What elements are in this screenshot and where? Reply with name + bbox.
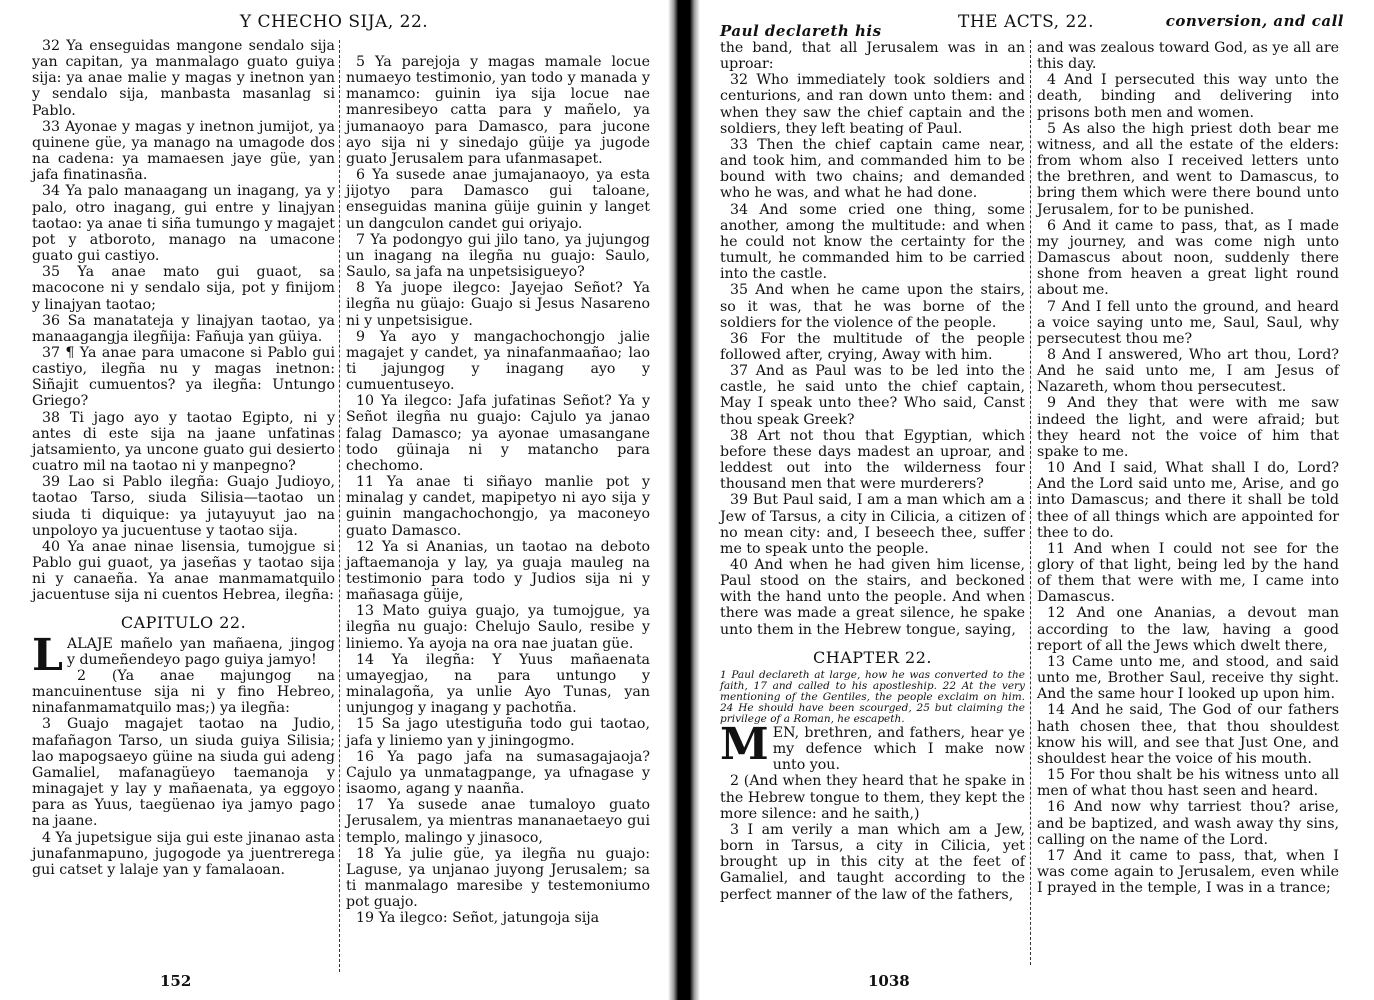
right-page: Paul declareth his THE ACTS, 22. convers… — [700, 0, 1374, 1000]
verse: 36 For the multitude of the people follo… — [720, 331, 1025, 363]
verse: 32 Who immediately took soldiers and cen… — [720, 72, 1025, 137]
left-page: Y CHECHO SIJA, 22. 32 Ya enseguidas mang… — [0, 0, 668, 1000]
running-head-left: Paul declareth his — [720, 22, 882, 40]
chapter-heading: CAPITULO 22. — [32, 615, 335, 631]
verse: 16 And now why tarriest thou? arise, and… — [1037, 799, 1339, 847]
verse: 40 And when he had given him license, Pa… — [720, 557, 1025, 638]
verse: 11 Ya anae ti siñayo manlie pot y minala… — [346, 474, 650, 539]
verse: 33 Ayonae y magas y inetnon jumijot, ya … — [32, 119, 335, 184]
running-head-right: conversion, and call — [1166, 12, 1344, 30]
continuation-text: the band, that all Jerusalem was in an u… — [720, 40, 1025, 72]
verse: 11 And when I could not see for the glor… — [1037, 541, 1339, 606]
verse: 32 Ya enseguidas mangone sendalo sija ya… — [32, 38, 335, 119]
verse: 39 But Paul said, I am a man which am a … — [720, 492, 1025, 557]
verse: 12 And one Ananias, a devout man accordi… — [1037, 605, 1339, 653]
verse: 34 Ya palo manaagang un inagang, ya y pa… — [32, 183, 335, 264]
verse: 16 Ya pago jafa na sumasagajaoja? Cajulo… — [346, 749, 650, 797]
verse: 13 Came unto me, and stood, and said unt… — [1037, 654, 1339, 702]
verse: 10 Ya ilegco: Jafa jufatinas Señot? Ya y… — [346, 393, 650, 474]
verse: 33 Then the chief captain came near, and… — [720, 137, 1025, 202]
page-number: 1038 — [868, 972, 910, 990]
verse: 5 Ya parejoja y magas mamale locue numae… — [346, 54, 650, 167]
verse: 15 Sa jago utestiguña todo gui taotao, j… — [346, 716, 650, 748]
verse: 6 And it came to pass, that, as I made m… — [1037, 218, 1339, 299]
column-divider — [339, 40, 340, 972]
verse: 6 Ya susede anae jumajanaoyo, ya esta ji… — [346, 167, 650, 232]
opening-text: EN, brethren, and fathers, hear ye my de… — [773, 725, 1025, 773]
running-head: Y CHECHO SIJA, 22. — [0, 12, 668, 32]
verses-block: 4 And I persecuted this way unto the dea… — [1037, 72, 1339, 896]
verse: 14 Ya ilegña: Y Yuus mañaenata umayegjao… — [346, 652, 650, 717]
verse: 7 Ya podongyo gui jilo tano, ya jujungog… — [346, 232, 650, 280]
verse: 5 As also the high priest doth bear me w… — [1037, 121, 1339, 218]
verse: 7 And I fell unto the ground, and heard … — [1037, 299, 1339, 347]
verse: 34 And some cried one thing, some anothe… — [720, 202, 1025, 283]
verses-block: 32 Who immediately took soldiers and cen… — [720, 72, 1025, 637]
verse: 10 And I said, What shall I do, Lord? An… — [1037, 460, 1339, 541]
verse: 37 ¶ Ya anae para umacone si Pablo gui c… — [32, 345, 335, 410]
book-gutter — [668, 0, 700, 1000]
verse: 8 Ya juope ilegco: Jayejao Señot? Ya ile… — [346, 280, 650, 328]
verse: 40 Ya anae ninae lisensia, tumojgue si P… — [32, 539, 335, 604]
verses-block: 5 Ya parejoja y magas mamale locue numae… — [346, 54, 650, 926]
page-number: 152 — [160, 972, 191, 990]
column-divider — [1030, 40, 1031, 965]
opening-text: ALAJE mañelo yan mañaena, jingog y dumeñ… — [67, 636, 335, 668]
right-page-column-2: and was zealous toward God, as ye all ar… — [1037, 40, 1339, 896]
chapter-opening: M EN, brethren, and fathers, hear ye my … — [720, 725, 1025, 773]
verse: 9 And they that were with me saw indeed … — [1037, 395, 1339, 460]
verse: 35 Ya anae mato gui guaot, sa macocone n… — [32, 264, 335, 312]
verse: 17 Ya susede anae tumaloyo guato Jerusal… — [346, 797, 650, 845]
verse: 39 Lao si Pablo ilegña: Guajo Judioyo, t… — [32, 474, 335, 539]
verse: 38 Art not thou that Egyptian, which bef… — [720, 428, 1025, 493]
verse: 35 And when he came upon the stairs, so … — [720, 282, 1025, 330]
verse: 36 Sa manatateja y linajyan taotao, ya m… — [32, 313, 335, 345]
verse: 3 Guajo magajet taotao na Judio, mafañag… — [32, 716, 335, 829]
verses-block: 2 (And when they heard that he spake in … — [720, 773, 1025, 902]
drop-cap: L — [32, 638, 63, 674]
verses-block: 32 Ya enseguidas mangone sendalo sija ya… — [32, 38, 335, 603]
verse: 4 And I persecuted this way unto the dea… — [1037, 72, 1339, 120]
verse: 2 (And when they heard that he spake in … — [720, 773, 1025, 821]
chapter-summary: 1 Paul declareth at large, how he was co… — [720, 670, 1025, 725]
verse: 13 Mato guiya guajo, ya tumojgue, ya ile… — [346, 603, 650, 651]
verse: 12 Ya si Ananias, un taotao na deboto ja… — [346, 539, 650, 604]
verse: 9 Ya ayo y mangachochongjo jalie magajet… — [346, 329, 650, 394]
verse: 38 Ti jago ayo y taotao Egipto, ni y ant… — [32, 410, 335, 475]
verse: 4 Ya jupetsigue sija gui este jinanao as… — [32, 830, 335, 878]
left-page-column-2: 5 Ya parejoja y magas mamale locue numae… — [346, 54, 650, 926]
chapter-heading: CHAPTER 22. — [720, 650, 1025, 666]
running-head-center: THE ACTS, 22. — [958, 12, 1094, 32]
verses-block: 2 (Ya anae majungog na mancuinentuse sij… — [32, 668, 335, 878]
verse: 2 (Ya anae majungog na mancuinentuse sij… — [32, 668, 335, 716]
verse: 15 For thou shalt be his witness unto al… — [1037, 767, 1339, 799]
chapter-opening: L ALAJE mañelo yan mañaena, jingog y dum… — [32, 636, 335, 668]
left-page-column-1: 32 Ya enseguidas mangone sendalo sija ya… — [32, 38, 335, 878]
continuation-text: and was zealous toward God, as ye all ar… — [1037, 40, 1339, 72]
drop-cap: M — [720, 727, 769, 763]
verse: 19 Ya ilegco: Señot, jatungoja sija — [346, 910, 650, 926]
verse: 17 And it came to pass, that, when I was… — [1037, 848, 1339, 896]
verse: 18 Ya julie güe, ya ilegña nu guajo: Lag… — [346, 846, 650, 911]
verse: 8 And I answered, Who art thou, Lord? An… — [1037, 347, 1339, 395]
verse: 37 And as Paul was to be led into the ca… — [720, 363, 1025, 428]
verse: 3 I am verily a man which am a Jew, born… — [720, 822, 1025, 903]
right-page-column-1: the band, that all Jerusalem was in an u… — [720, 40, 1025, 903]
verse: 14 And he said, The God of our fathers h… — [1037, 702, 1339, 767]
